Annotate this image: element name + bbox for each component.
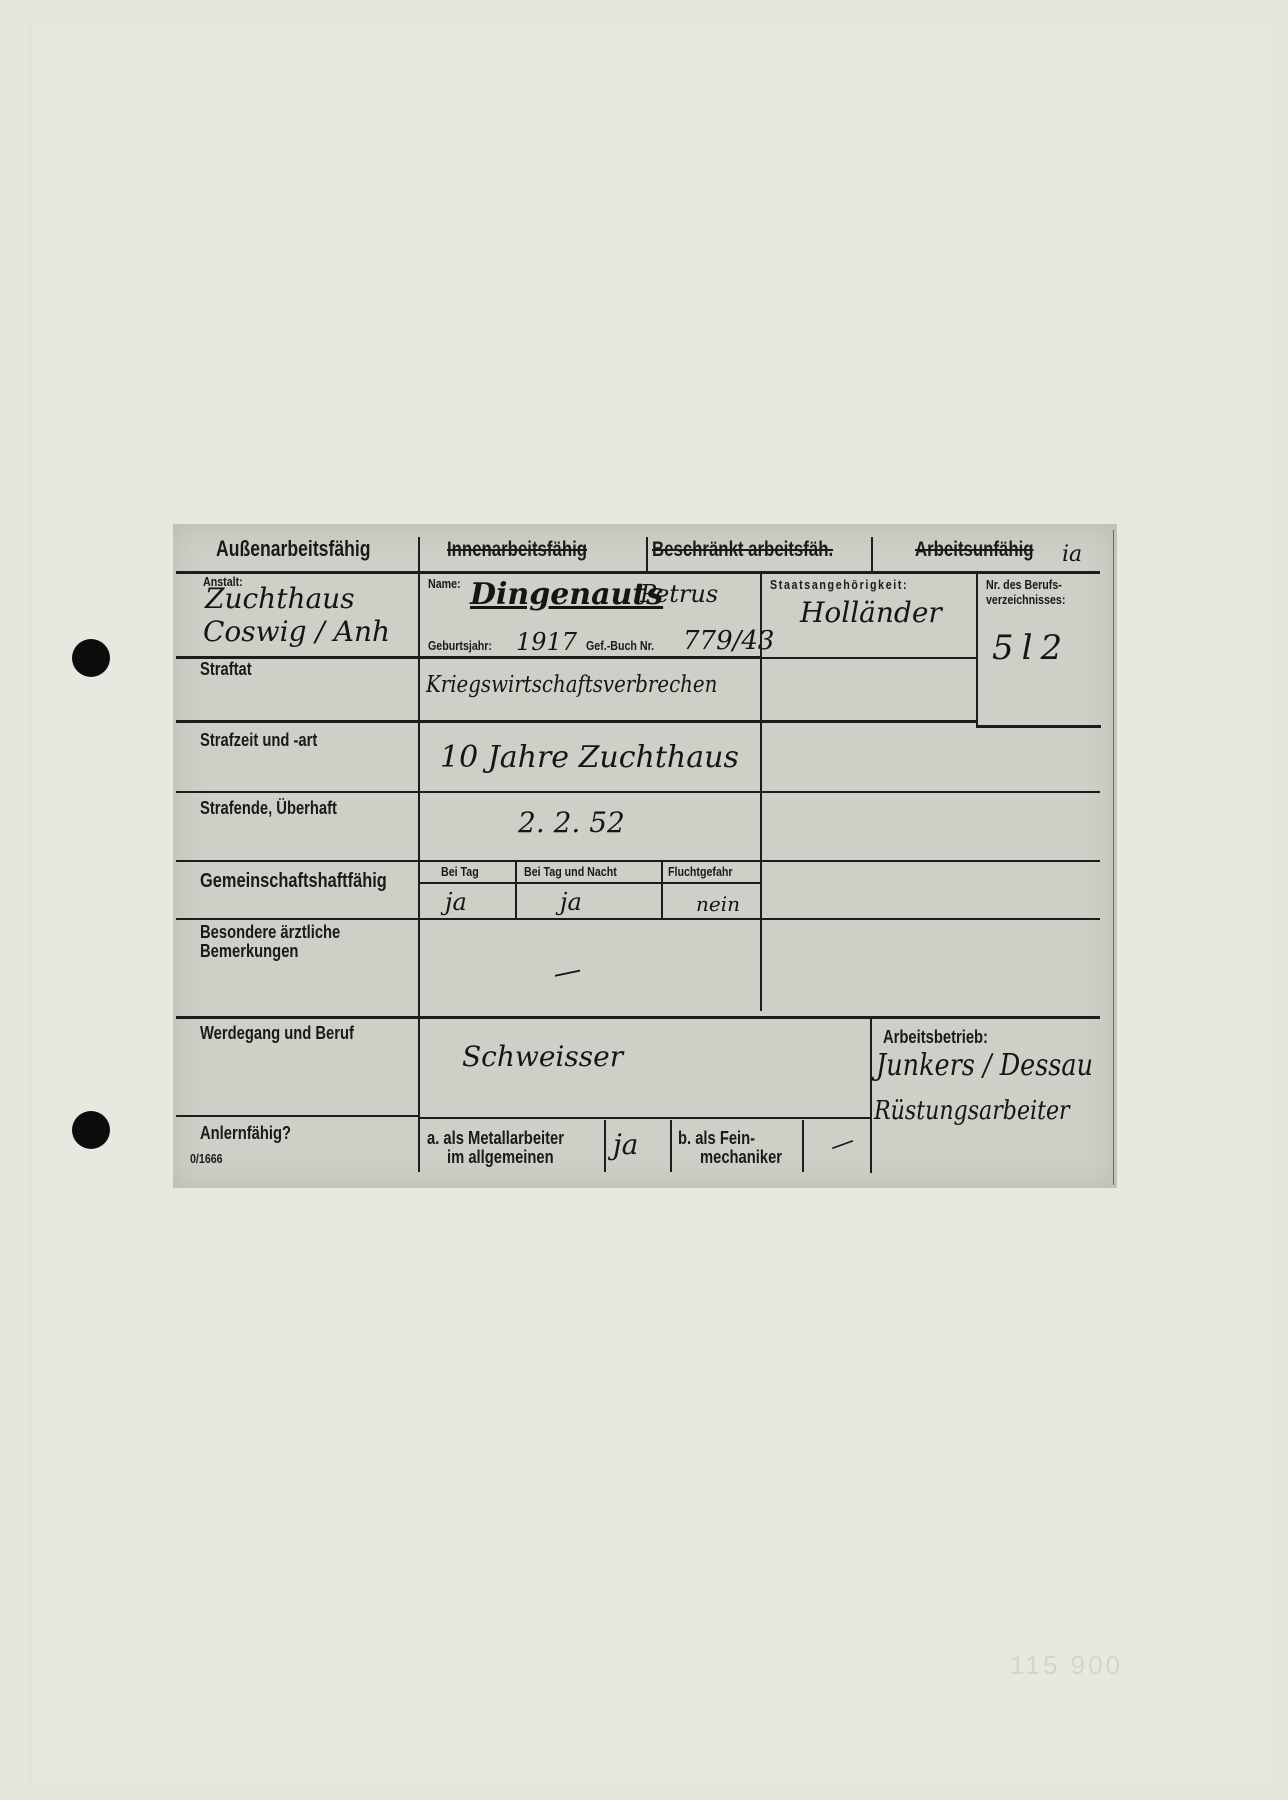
geburtsjahr-label: Geburtsjahr:	[428, 638, 492, 653]
metallarbeiter-label-2: im allgemeinen	[447, 1147, 554, 1168]
bei-tag-header: Bei Tag	[441, 864, 479, 879]
anstalt-value-2: Coswig / Anh	[203, 615, 390, 648]
strafzeit-value: 10 Jahre Zuchthaus	[440, 740, 739, 775]
berufsverzeichnis-label-1: Nr. des Berufs-	[986, 577, 1062, 592]
punch-hole-top	[72, 639, 110, 677]
werdegang-label: Werdegang und Beruf	[200, 1023, 354, 1044]
name-label: Name:	[428, 576, 461, 591]
form-number: 0/1666	[190, 1151, 223, 1166]
aerztliche-label-1: Besondere ärztliche	[200, 922, 340, 943]
arbeitsbetrieb-value-1: Junkers / Dessau	[876, 1048, 1093, 1083]
straftat-label: Straftat	[200, 659, 252, 680]
staatsangehoerigkeit-value: Holländer	[800, 596, 942, 629]
name-given: Petrus	[640, 580, 718, 608]
gemeinschaftshaft-label: Gemeinschaftshaftfähig	[200, 870, 387, 893]
feinmechaniker-label-1: b. als Fein-	[678, 1128, 755, 1149]
geburtsjahr-value: 1917	[516, 628, 577, 656]
header-mark: ia	[1062, 542, 1082, 567]
anlernfaehig-label: Anlernfähig?	[200, 1123, 291, 1144]
punch-hole-bottom	[72, 1111, 110, 1149]
arbeitsbetrieb-value-2: Rüstungsarbeiter	[874, 1096, 1070, 1126]
anstalt-value-1: Zuchthaus	[205, 582, 355, 615]
name-surname: Dingenauts	[470, 577, 663, 612]
fluchtgefahr-value: nein	[696, 892, 740, 916]
berufsverzeichnis-value: 5l2	[992, 628, 1070, 668]
header-beschraenkt: Beschränkt arbeitsfäh.	[652, 538, 833, 562]
berufsverzeichnis-label-2: verzeichnisses:	[986, 592, 1065, 607]
metallarbeiter-label-1: a. als Metallarbeiter	[427, 1128, 564, 1149]
straftat-value: Kriegswirtschaftsverbrechen	[426, 672, 717, 698]
gef-buch-label: Gef.-Buch Nr.	[586, 638, 654, 653]
aerztliche-label-2: Bemerkungen	[200, 941, 298, 962]
metallarbeiter-value: ja	[613, 1128, 638, 1161]
staatsangehoerigkeit-label: Staatsangehörigkeit:	[770, 577, 908, 592]
header-aussenarbeitsfaehig: Außenarbeitsfähig	[216, 536, 371, 562]
archive-stamp: 115 900	[1010, 1650, 1123, 1681]
strafende-label: Strafende, Überhaft	[200, 798, 337, 819]
strafende-value: 2. 2. 52	[518, 806, 625, 839]
feinmechaniker-label-2: mechaniker	[700, 1147, 782, 1168]
header-innenarbeitsfaehig: Innenarbeitsfähig	[447, 538, 587, 562]
bei-tag-nacht-value: ja	[560, 888, 582, 916]
bei-tag-nacht-header: Bei Tag und Nacht	[524, 864, 617, 879]
werdegang-value: Schweisser	[462, 1040, 623, 1073]
arbeitsbetrieb-label: Arbeitsbetrieb:	[883, 1027, 988, 1048]
strafzeit-label: Strafzeit und -art	[200, 730, 317, 751]
header-arbeitsunfaehig: Arbeitsunfähig	[915, 538, 1034, 562]
bei-tag-value: ja	[445, 888, 467, 916]
fluchtgefahr-header: Fluchtgefahr	[668, 864, 733, 879]
